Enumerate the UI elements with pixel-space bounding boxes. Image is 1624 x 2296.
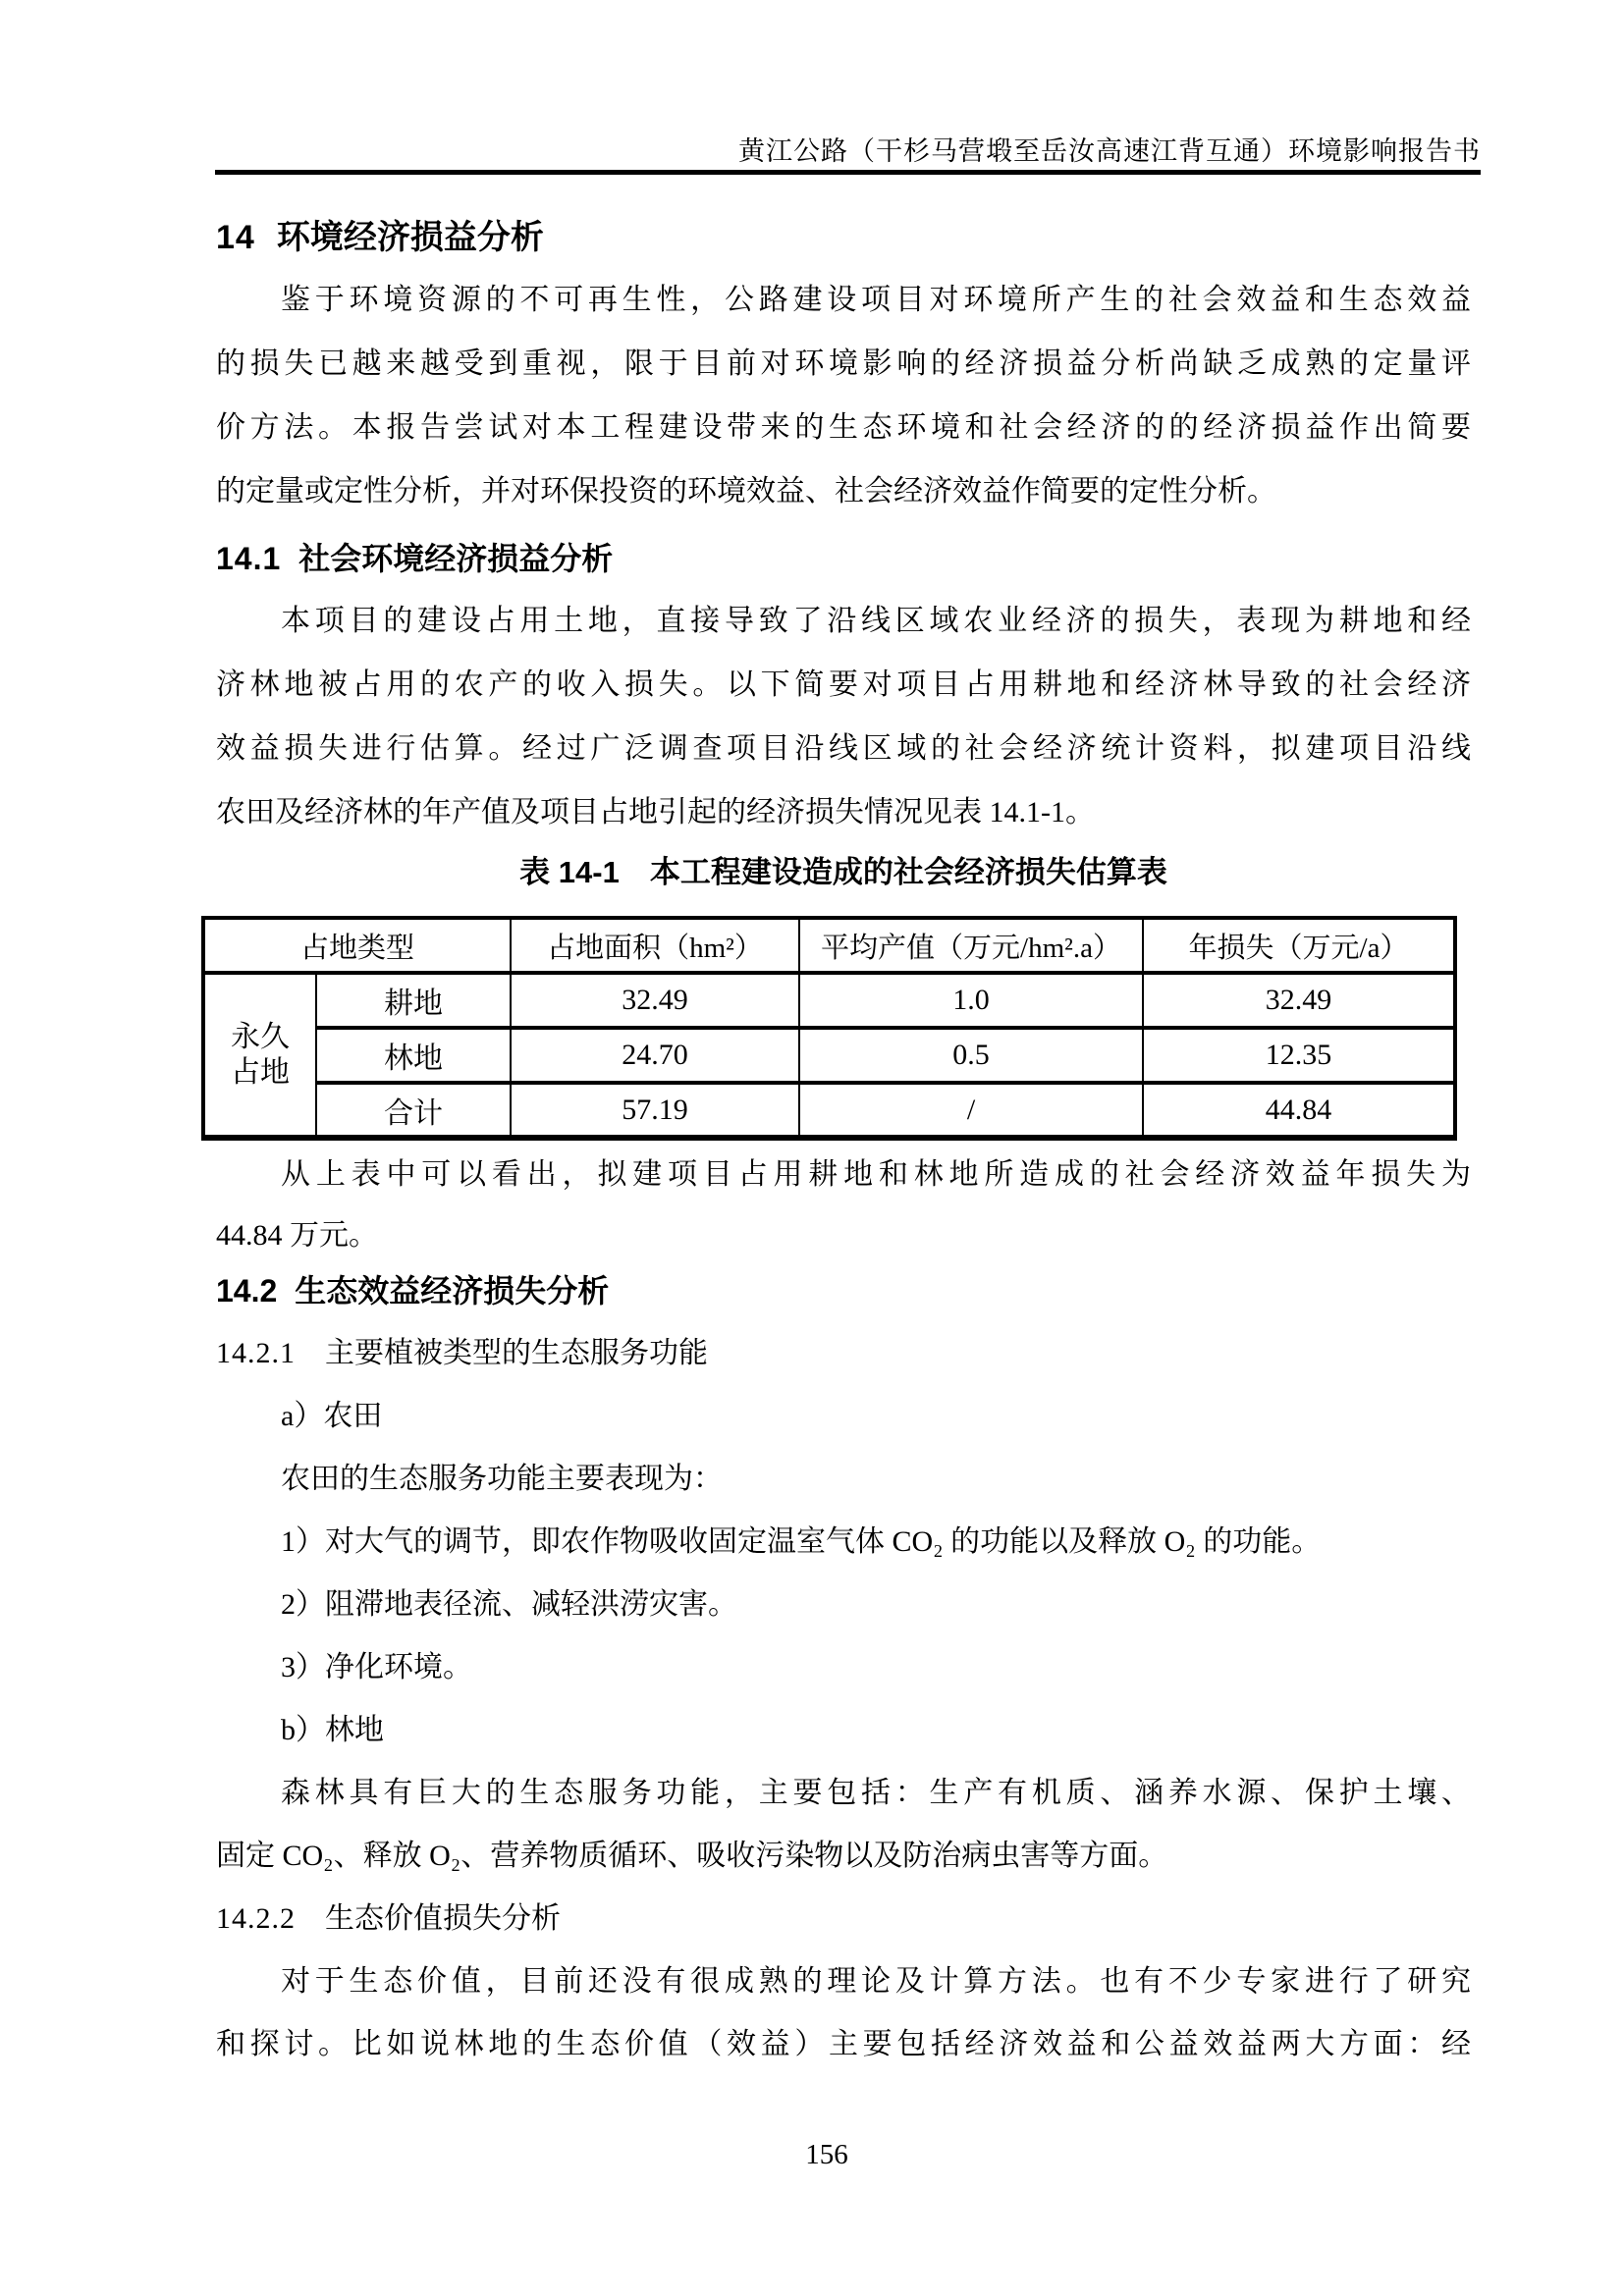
table-row: 合计 57.19 / 44.84: [203, 1083, 1455, 1138]
cell-loss: 12.35: [1143, 1028, 1455, 1083]
cell-loss: 44.84: [1143, 1083, 1455, 1138]
paragraph-social-loss: 本项目的建设占用土地，直接导致了沿线区域农业经济的损失，表现为耕地和经 济林地被…: [216, 589, 1471, 844]
text-line: 的定量或定性分析，并对环保投资的环境效益、社会经济效益作简要的定性分析。: [216, 459, 1471, 523]
text-line: 固定 CO₂、释放 O₂、营养物质循环、吸收污染物以及防治病虫害等方面。: [216, 1825, 1471, 1888]
section-number: 14.1: [216, 541, 281, 576]
text-line: 农田的生态服务功能主要表现为：: [216, 1448, 1471, 1511]
cell-type: 林地: [316, 1028, 511, 1083]
cell-type: 耕地: [316, 973, 511, 1028]
section-number: 14.2.2: [216, 1902, 296, 1935]
section-heading-14-2: 14.2生态效益经济损失分析: [216, 1259, 1471, 1322]
section-heading-14-1: 14.1社会环境经济损益分析: [216, 541, 613, 576]
text-line: 森林具有巨大的生态服务功能，主要包括：生产有机质、涵养水源、保护土壤、: [216, 1762, 1471, 1825]
section-title: 生态价值损失分析: [325, 1902, 561, 1935]
row-group-permanent-occupation: 永久 占地: [203, 973, 316, 1138]
text-line: 从上表中可以看出，拟建项目占用耕地和林地所造成的社会经济效益年损失为: [216, 1145, 1471, 1205]
economic-loss-table: 占地类型 占地面积（hm²） 平均产值（万元/hm².a） 年损失（万元/a） …: [201, 916, 1457, 1141]
text-line: 价方法。本报告尝试对本工程建设带来的生态环境和社会经济的的经济损益作出简要: [216, 396, 1471, 459]
cell-area: 57.19: [511, 1083, 799, 1138]
cell-loss: 32.49: [1143, 973, 1455, 1028]
section-14-2-block: 14.2生态效益经济损失分析 14.2.1主要植被类型的生态服务功能 a）农田 …: [216, 1259, 1471, 2076]
cell-value: /: [799, 1083, 1143, 1138]
text-line: 和探讨。比如说林地的生态价值（效益）主要包括经济效益和公益效益两大方面：经: [216, 2013, 1471, 2076]
report-page: 黄江公路（干杉马营塅至岳汝高速江背互通）环境影响报告书 14环境经济损益分析 鉴…: [0, 0, 1624, 2296]
group-label-line: 占地: [205, 1055, 315, 1091]
section-title: 生态效益经济损失分析: [295, 1273, 609, 1308]
paragraph-conclusion: 从上表中可以看出，拟建项目占用耕地和林地所造成的社会经济效益年损失为 44.84…: [216, 1145, 1471, 1266]
section-number: 14: [216, 219, 255, 256]
group-label-line: 永久: [205, 1020, 315, 1055]
section-heading-14-2-1: 14.2.1主要植被类型的生态服务功能: [216, 1322, 1471, 1385]
text-line: 效益损失进行估算。经过广泛调查项目沿线区域的社会经济统计资料，拟建项目沿线: [216, 717, 1471, 780]
cell-value: 0.5: [799, 1028, 1143, 1083]
col-header-annual-loss: 年损失（万元/a）: [1143, 918, 1455, 973]
text-line: 济林地被占用的农产的收入损失。以下简要对项目占用耕地和经济林导致的社会经济: [216, 653, 1471, 717]
list-item-2: 2）阻滞地表径流、减轻洪涝灾害。: [216, 1574, 1471, 1636]
section-heading-14: 14环境经济损益分析: [216, 218, 544, 257]
cell-area: 24.70: [511, 1028, 799, 1083]
text-line: 的损失已越来越受到重视，限于目前对环境影响的经济损益分析尚缺乏成熟的定量评: [216, 332, 1471, 396]
text-line: 鉴于环境资源的不可再生性，公路建设项目对环境所产生的社会效益和生态效益: [216, 268, 1471, 332]
list-item-a: a）农田: [216, 1385, 1471, 1448]
header-divider-rule: [215, 170, 1481, 175]
table-row: 永久 占地 耕地 32.49 1.0 32.49: [203, 973, 1455, 1028]
paragraph-intro: 鉴于环境资源的不可再生性，公路建设项目对环境所产生的社会效益和生态效益 的损失已…: [216, 268, 1471, 523]
cell-type: 合计: [316, 1083, 511, 1138]
section-title: 主要植被类型的生态服务功能: [325, 1337, 708, 1369]
table-header-row: 占地类型 占地面积（hm²） 平均产值（万元/hm².a） 年损失（万元/a）: [203, 918, 1455, 973]
section-title: 环境经济损益分析: [277, 219, 544, 256]
section-heading-14-2-2: 14.2.2生态价值损失分析: [216, 1888, 1471, 1950]
text-line: 农田及经济林的年产值及项目占地引起的经济损失情况见表 14.1-1。: [216, 780, 1471, 844]
page-number: 156: [29, 2138, 1624, 2171]
running-header: 黄江公路（干杉马营塅至岳汝高速江背互通）环境影响报告书: [216, 135, 1481, 167]
col-header-avg-value: 平均产值（万元/hm².a）: [799, 918, 1143, 973]
cell-area: 32.49: [511, 973, 799, 1028]
section-title: 社会环境经济损益分析: [298, 541, 613, 576]
list-item-b: b）林地: [216, 1699, 1471, 1762]
list-item-3: 3）净化环境。: [216, 1636, 1471, 1699]
section-number: 14.2: [216, 1273, 277, 1308]
text-line: 对于生态价值，目前还没有很成熟的理论及计算方法。也有不少专家进行了研究: [216, 1950, 1471, 2013]
text-line: 本项目的建设占用土地，直接导致了沿线区域农业经济的损失，表现为耕地和经: [216, 589, 1471, 653]
table-caption: 表 14-1 本工程建设造成的社会经济损失估算表: [216, 855, 1471, 890]
list-item-1: 1）对大气的调节，即农作物吸收固定温室气体 CO₂ 的功能以及释放 O₂ 的功能…: [216, 1511, 1471, 1574]
cell-value: 1.0: [799, 973, 1143, 1028]
table-row: 林地 24.70 0.5 12.35: [203, 1028, 1455, 1083]
text-line: 44.84 万元。: [216, 1205, 1471, 1266]
col-header-land-type: 占地类型: [203, 918, 511, 973]
col-header-area: 占地面积（hm²）: [511, 918, 799, 973]
section-number: 14.2.1: [216, 1337, 296, 1369]
